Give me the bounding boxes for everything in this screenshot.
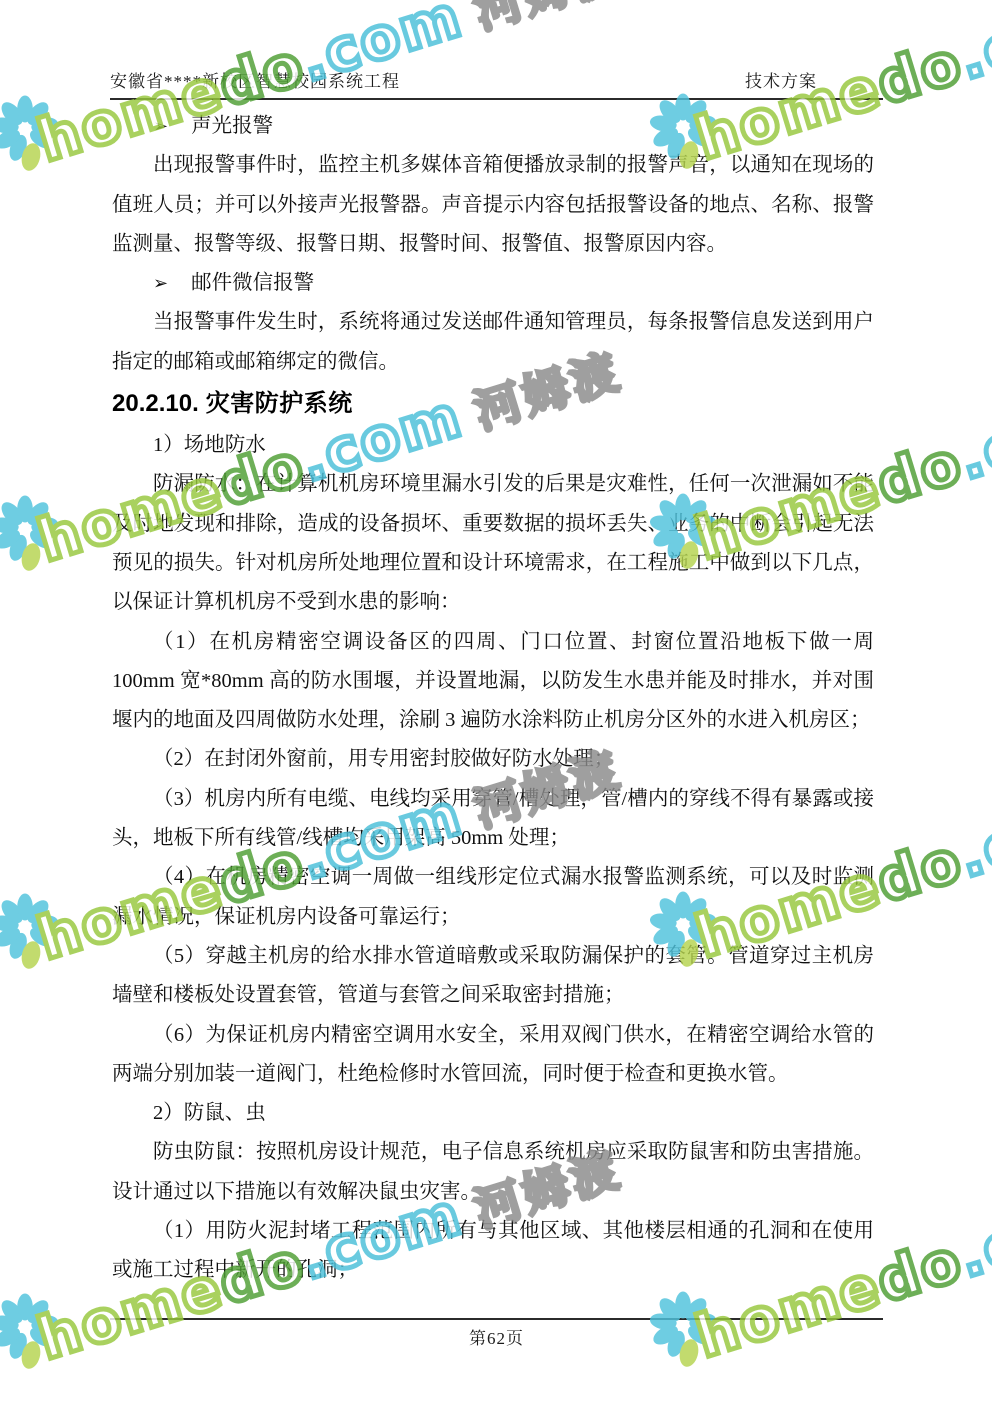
page-text-layer: 安徽省****新校区智慧校园系统工程 技术方案 ➢声光报警 出现报警事件时，监控… [0,0,992,1403]
paragraph: 当报警事件发生时，系统将通过发送邮件通知管理员，每条报警信息发送到用户指定的邮箱… [112,303,874,382]
page-footer: 第62页 [110,1318,883,1349]
page-number: 第62页 [469,1329,524,1348]
bullet-item: ➢声光报警 [112,107,874,146]
section-heading: 20.2.10.灾害防护系统 [112,382,874,426]
sub-item: 2）防鼠、虫 [112,1094,874,1133]
paragraph: （5）穿越主机房的给水排水管道暗敷或采取防漏保护的套管。管道穿过主机房墙壁和楼板… [112,937,874,1016]
document-page: { "document": { "header": { "project": "… [0,0,992,1403]
paragraph: （4）在机房精密空调一周做一组线形定位式漏水报警监测系统，可以及时监测漏水情况，… [112,858,874,937]
section-title: 灾害防护系统 [206,390,353,417]
page-header: 安徽省****新校区智慧校园系统工程 技术方案 [110,67,883,100]
arrow-bullet-icon: ➢ [153,273,168,293]
document-body: ➢声光报警 出现报警事件时，监控主机多媒体音箱便播放录制的报警声音，以通知在现场… [112,107,874,1291]
arrow-bullet-icon: ➢ [153,116,168,136]
paragraph: （3）机房内所有电缆、电线均采用穿管/槽处理，管/槽内的穿线不得有暴露或接头，地… [112,780,874,859]
header-project-title: 安徽省****新校区智慧校园系统工程 [110,67,400,92]
bullet-label: 邮件微信报警 [191,272,314,294]
paragraph: （6）为保证机房内精密空调用水安全，采用双阀门供水，在精密空调给水管的两端分别加… [112,1016,874,1095]
paragraph: 出现报警事件时，监控主机多媒体音箱便播放录制的报警声音，以通知在现场的值班人员；… [112,146,874,264]
paragraph: 防虫防鼠：按照机房设计规范，电子信息系统机房应采取防鼠害和防虫害措施。设计通过以… [112,1133,874,1212]
paragraph: （1）在机房精密空调设备区的四周、门口位置、封窗位置沿地板下做一周 100mm … [112,623,874,741]
bullet-item: ➢邮件微信报警 [112,264,874,303]
paragraph: （2）在封闭外窗前，用专用密封胶做好防水处理； [112,740,874,779]
sub-item: 1）场地防水 [112,426,874,465]
section-number: 20.2.10. [112,390,199,417]
paragraph: 防漏防水：在计算机机房环境里漏水引发的后果是灾难性，任何一次泄漏如不能及时地发现… [112,465,874,622]
header-doc-type: 技术方案 [745,67,817,92]
bullet-label: 声光报警 [191,115,273,137]
paragraph: （1）用防火泥封堵工程范围内所有与其他区域、其他楼层相通的孔洞和在使用或施工过程… [112,1212,874,1291]
